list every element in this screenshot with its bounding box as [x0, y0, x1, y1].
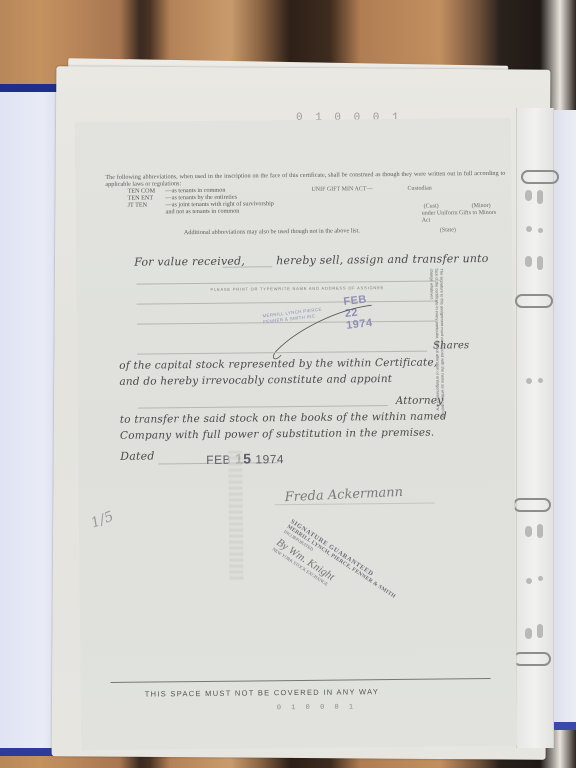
punch-hole [538, 228, 543, 233]
binder-ring-icon [513, 652, 551, 666]
ugma-state: (State) [440, 226, 456, 234]
irrevocably-text: and do hereby irrevocably constitute and… [119, 373, 392, 388]
signature-guarantee-stamp: SIGNATURE GUARANTEED MERRILL LYNCH, PIER… [271, 518, 400, 621]
margin-pencil-mark: 1/5 [89, 508, 116, 531]
abbreviations-list: TEN COM —as tenants in common TEN ENT —a… [127, 186, 307, 216]
ugma-block: UNIF GIFT MIN ACT— Custodian (Cust) (Min… [311, 185, 372, 194]
dated-year: 1974 [255, 452, 284, 466]
punched-hole-strip [516, 108, 554, 748]
punch-hole [525, 628, 532, 639]
signature-notice-vertical: The signature to this assignment must co… [429, 268, 446, 418]
ugma-custodian: Custodian [407, 185, 431, 193]
punch-hole [538, 378, 543, 383]
binder-ring-icon [513, 498, 551, 512]
company-text: Company with full power of substitution … [120, 427, 435, 442]
transfer-text: to transfer the said stock on the books … [120, 410, 447, 425]
ugma-under: under Uniform Gifts to Minors [422, 209, 496, 218]
ugma-act: Act [422, 217, 431, 225]
binder-ring-icon [521, 170, 559, 184]
bottom-rule [111, 678, 491, 683]
attorney-line [138, 405, 388, 409]
print-name-label: PLEASE PRINT OR TYPEWRITE NAME AND ADDRE… [210, 285, 384, 292]
punch-hole [537, 624, 543, 638]
fill-line [222, 266, 272, 268]
abbreviation-key: JT TEN [128, 201, 166, 215]
abbreviation-value: —as joint tenants with right of survivor… [166, 200, 276, 215]
punch-hole [538, 576, 543, 581]
abbreviations-additional: Additional abbreviations may also be use… [184, 227, 360, 236]
stock-certificate-reverse: The following abbreviations, when used i… [75, 118, 518, 751]
sell-assign-text: hereby sell, assign and transfer unto [276, 252, 489, 267]
dated-label: Dated [120, 449, 154, 462]
punch-hole [525, 256, 532, 267]
punch-hole [525, 526, 532, 537]
punch-hole [526, 378, 532, 384]
faded-vertical-print [228, 451, 243, 581]
dated-stamp: FEB 15 1974 [206, 450, 284, 467]
punch-hole [537, 256, 543, 270]
do-not-cover-notice: THIS SPACE MUST NOT BE COVERED IN ANY WA… [145, 687, 380, 698]
assignee-line [136, 281, 436, 285]
binder-ring-icon [515, 294, 553, 308]
punch-hole [525, 190, 532, 201]
punch-hole [526, 578, 532, 584]
abbreviation-row: JT TEN —as joint tenants with right of s… [128, 200, 308, 216]
ugma-title: UNIF GIFT MIN ACT— [311, 186, 372, 193]
punch-hole [537, 524, 543, 538]
perforated-number-bottom: 0 1 0 0 0 1 [277, 703, 356, 712]
punch-hole [526, 226, 532, 232]
capital-stock-text: of the capital stock represented by the … [119, 357, 437, 372]
punch-hole [537, 190, 543, 204]
